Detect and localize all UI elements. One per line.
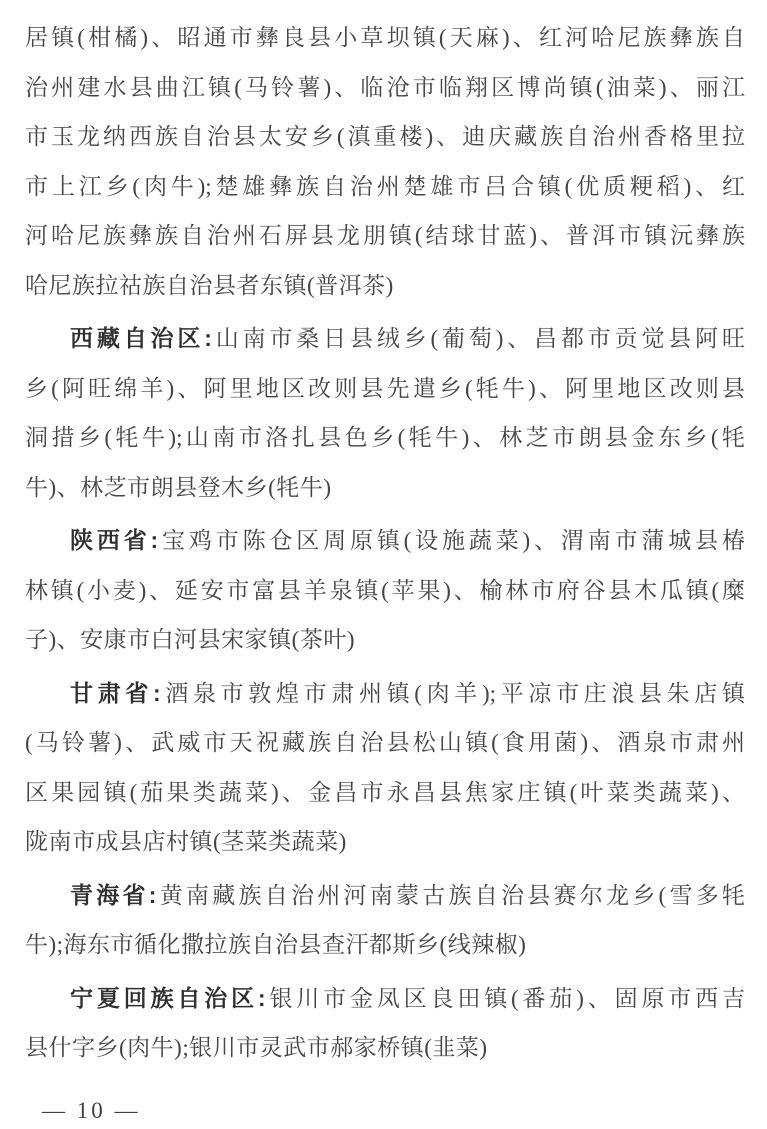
text-line: 哈尼族拉祜族自治县者东镇(普洱茶) [25, 261, 745, 311]
text-line: 居镇(柑橘)、昭通市彝良县小草坝镇(天麻)、红河哈尼族彝族自 [25, 13, 745, 63]
text-line: 甘肃省:酒泉市敦煌市肃州镇(肉羊);平凉市庄浪县朱店镇 [25, 669, 745, 719]
text-line: 西藏自治区:山南市桑日县绒乡(葡萄)、昌都市贡觉县阿旺 [25, 314, 745, 364]
province-heading: 甘肃省: [70, 680, 161, 706]
province-heading: 宁夏回族自治区: [70, 985, 266, 1011]
province-heading: 青海省: [70, 882, 156, 908]
text-line: 乡(阿旺绵羊)、阿里地区改则县先遣乡(牦牛)、阿里地区改则县 [25, 364, 745, 414]
document-body: 居镇(柑橘)、昭通市彝良县小草坝镇(天麻)、红河哈尼族彝族自 治州建水县曲江镇(… [25, 13, 745, 1073]
text-line: 牛)、林芝市朗县登木乡(牦牛) [25, 463, 745, 513]
text-line: 市玉龙纳西族自治县太安乡(滇重楼)、迪庆藏族自治州香格里拉 [25, 112, 745, 162]
text-line: 子)、安康市白河县宋家镇(茶叶) [25, 615, 745, 665]
text-line: 治州建水县曲江镇(马铃薯)、临沧市临翔区博尚镇(油菜)、丽江 [25, 63, 745, 113]
text-line: 牛);海东市循化撒拉族自治县查汗都斯乡(线辣椒) [25, 920, 745, 970]
line-text: 银川市金凤区良田镇(番茄)、固原市西吉 [266, 986, 745, 1011]
text-line: 陕西省:宝鸡市陈仓区周原镇(设施蔬菜)、渭南市蒲城县椿 [25, 516, 745, 566]
paragraph-shaanxi: 陕西省:宝鸡市陈仓区周原镇(设施蔬菜)、渭南市蒲城县椿 林镇(小麦)、延安市富县… [25, 516, 745, 665]
text-line: 宁夏回族自治区:银川市金凤区良田镇(番茄)、固原市西吉 [25, 974, 745, 1024]
text-line: 区果园镇(茄果类蔬菜)、金昌市永昌县焦家庄镇(叶菜类蔬菜)、 [25, 768, 745, 818]
line-text: 山南市桑日县绒乡(葡萄)、昌都市贡觉县阿旺 [212, 326, 745, 351]
text-line: 洞措乡(牦牛);山南市洛扎县色乡(牦牛)、林芝市朗县金东乡(牦 [25, 413, 745, 463]
province-heading: 陕西省: [70, 527, 158, 553]
line-text: 黄南藏族自治州河南蒙古族自治县赛尔龙乡(雪多牦 [156, 883, 745, 908]
text-line: 县什字乡(肉牛);银川市灵武市郝家桥镇(韭菜) [25, 1023, 745, 1073]
page-number: — 10 — [25, 1098, 745, 1124]
line-text: 酒泉市敦煌市肃州镇(肉羊);平凉市庄浪县朱店镇 [161, 681, 745, 706]
text-line: 市上江乡(肉牛);楚雄彝族自治州楚雄市吕合镇(优质粳稻)、红 [25, 162, 745, 212]
line-text: 宝鸡市陈仓区周原镇(设施蔬菜)、渭南市蒲城县椿 [158, 528, 745, 553]
paragraph-gansu: 甘肃省:酒泉市敦煌市肃州镇(肉羊);平凉市庄浪县朱店镇 (马铃薯)、武威市天祝藏… [25, 669, 745, 867]
paragraph-qinghai: 青海省:黄南藏族自治州河南蒙古族自治县赛尔龙乡(雪多牦 牛);海东市循化撒拉族自… [25, 871, 745, 970]
paragraph-yunnan-continued: 居镇(柑橘)、昭通市彝良县小草坝镇(天麻)、红河哈尼族彝族自 治州建水县曲江镇(… [25, 13, 745, 310]
text-line: 青海省:黄南藏族自治州河南蒙古族自治县赛尔龙乡(雪多牦 [25, 871, 745, 921]
document-page: 居镇(柑橘)、昭通市彝良县小草坝镇(天麻)、红河哈尼族彝族自 治州建水县曲江镇(… [0, 0, 767, 1129]
text-line: 河哈尼族彝族自治州石屏县龙朋镇(结球甘蓝)、普洱市镇沅彝族 [25, 211, 745, 261]
paragraph-xizang: 西藏自治区:山南市桑日县绒乡(葡萄)、昌都市贡觉县阿旺 乡(阿旺绵羊)、阿里地区… [25, 314, 745, 512]
text-line: 陇南市成县店村镇(茎菜类蔬菜) [25, 817, 745, 867]
text-line: (马铃薯)、武威市天祝藏族自治县松山镇(食用菌)、酒泉市肃州 [25, 718, 745, 768]
text-line: 林镇(小麦)、延安市富县羊泉镇(苹果)、榆林市府谷县木瓜镇(糜 [25, 566, 745, 616]
paragraph-ningxia: 宁夏回族自治区:银川市金凤区良田镇(番茄)、固原市西吉 县什字乡(肉牛);银川市… [25, 974, 745, 1073]
province-heading: 西藏自治区: [70, 325, 212, 351]
